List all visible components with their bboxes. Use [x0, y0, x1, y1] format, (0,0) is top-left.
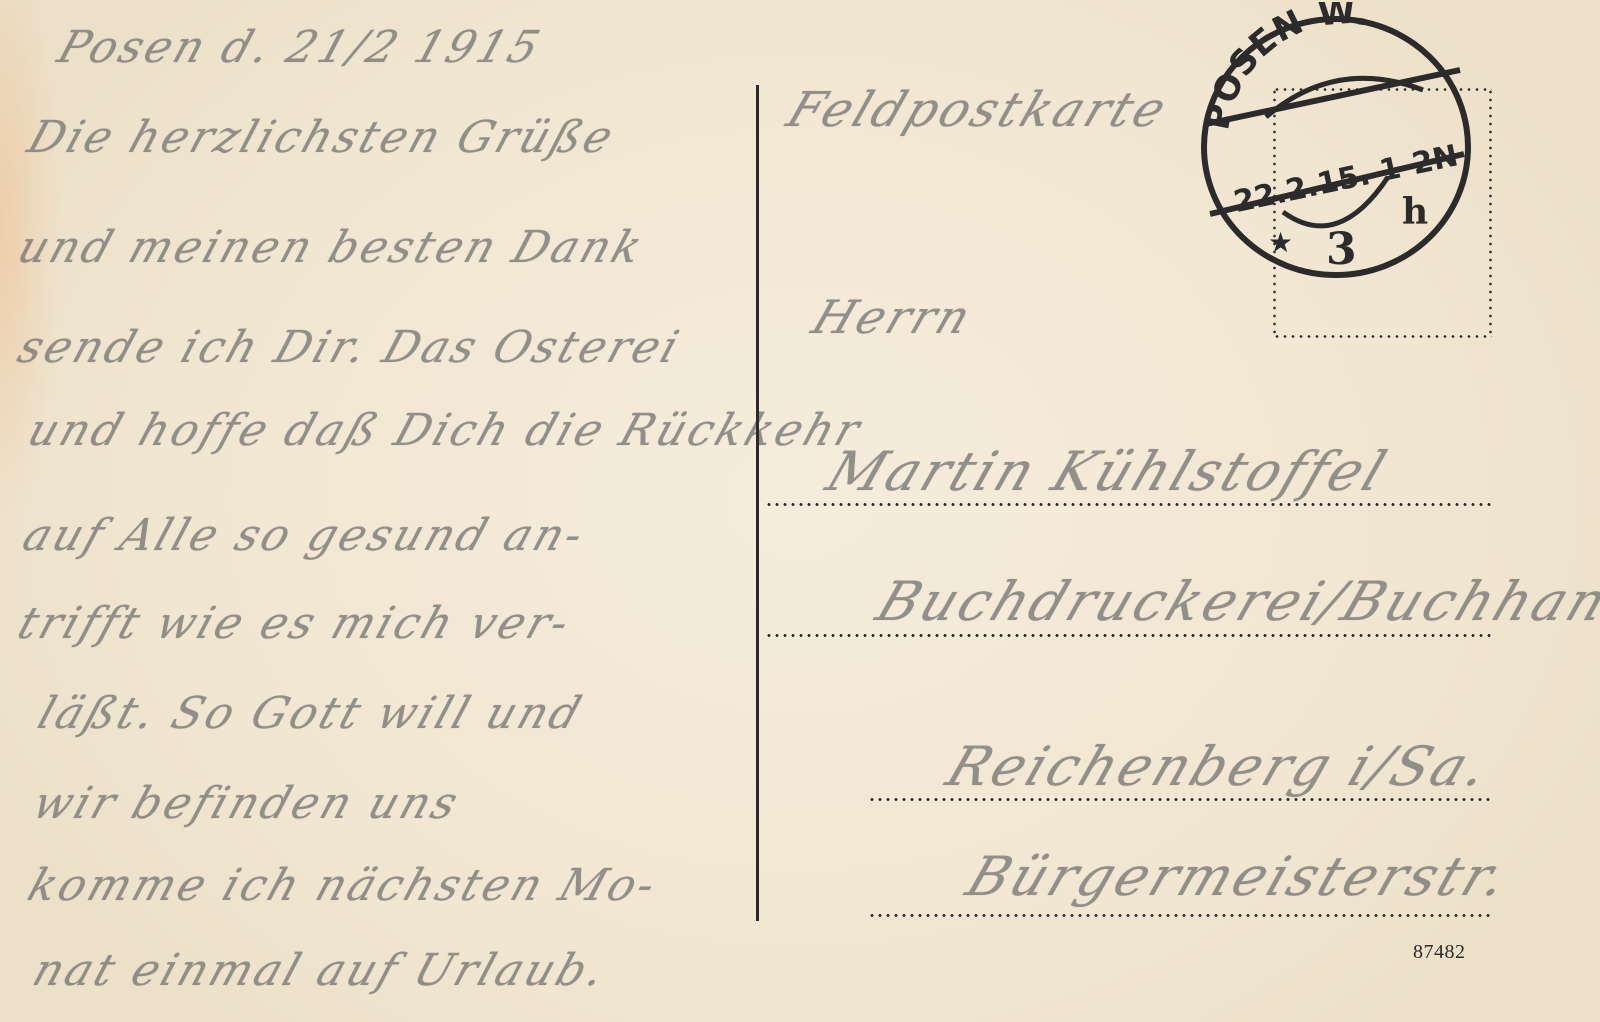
postmark-number: 3	[1326, 224, 1357, 275]
message-line: nat einmal auf Urlaub.	[27, 945, 614, 996]
message-line: Die herzlichsten Grüße	[22, 112, 622, 163]
postmark-city: POSEN W.	[1197, 2, 1372, 133]
message-line: wir befinden uns	[27, 778, 467, 829]
address-dotted-line	[765, 503, 1493, 506]
address-line-business: Buchdruckerei/Buchhandlung	[869, 570, 1600, 633]
address-line-name: Martin Kühlstoffel	[819, 440, 1397, 503]
address-dotted-line	[868, 798, 1493, 801]
salutation: Herrn	[805, 290, 981, 344]
message-line: komme ich nächsten Mo-	[22, 860, 665, 911]
postmark-star: ★	[1268, 226, 1293, 259]
message-line: auf Alle so gesund an-	[17, 510, 592, 561]
address-line-city: Reichenberg i/Sa.	[939, 735, 1500, 798]
address-dotted-line	[765, 634, 1493, 637]
postmark-icon: POSEN W. 22.2.15. 1-2N ★ 3 h	[1188, 2, 1484, 288]
message-line: läßt. So Gott will und	[32, 688, 590, 739]
center-divider	[756, 85, 759, 921]
message-line: trifft wie es mich ver-	[12, 598, 579, 649]
svg-text:POSEN W.: POSEN W.	[1197, 2, 1372, 133]
address-dotted-line	[868, 914, 1493, 917]
postcard: Posen d. 21/2 1915 Die herzlichsten Grüß…	[0, 0, 1600, 1022]
message-line: und hoffe daß Dich die Rückkehr	[22, 405, 869, 456]
serial-number: 87482	[1413, 941, 1466, 964]
postmark-suffix: h	[1402, 191, 1428, 233]
address-line-street: Bürgermeisterstr.	[959, 845, 1520, 908]
message-line-date: Posen d. 21/2 1915	[52, 22, 549, 73]
message-line: und meinen besten Dank	[12, 222, 651, 273]
feldpost-header: Feldpostkarte	[780, 82, 1176, 138]
message-line: sende ich Dir. Das Osterei	[12, 322, 688, 373]
